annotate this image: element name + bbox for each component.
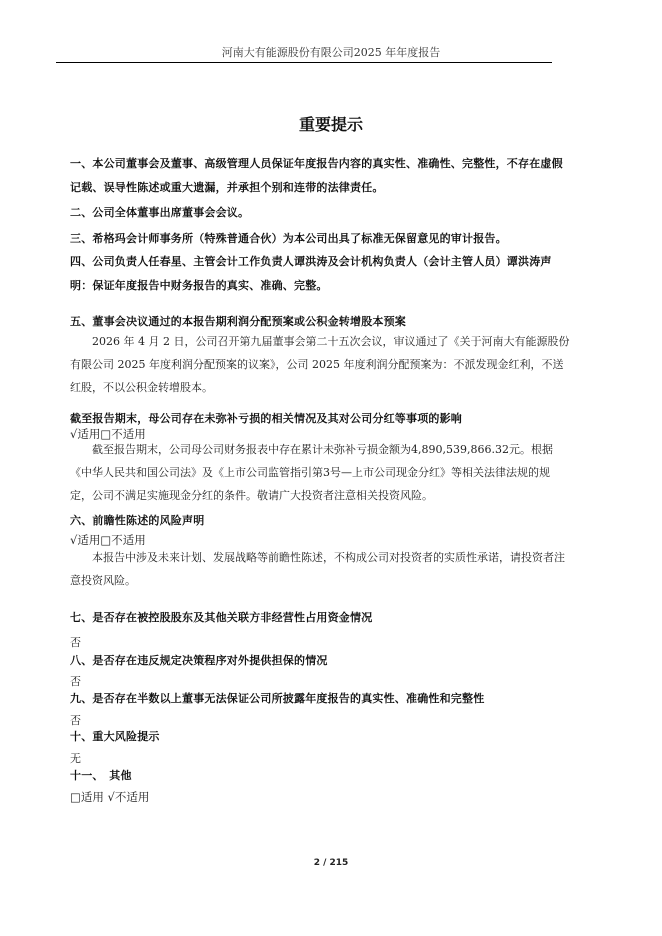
item-2: 二、公司全体董事出席董事会会议。: [70, 204, 570, 220]
item-9-answer: 否: [70, 712, 570, 728]
item-8-answer: 否: [70, 673, 570, 689]
item-3: 三、希格玛会计师事务所（特殊普通合伙）为本公司出具了标准无保留意见的审计报告。: [70, 230, 570, 246]
item-9-heading: 九、是否存在半数以上董事无法保证公司所披露年度报告的真实性、准确性和完整性: [70, 690, 570, 706]
item-11-heading: 十一、 其他: [70, 767, 570, 783]
item-4: 四、公司负责人任春星、主管会计工作负责人谭洪涛及会计机构负责人（会计主管人员）谭…: [70, 250, 570, 298]
item-8-heading: 八、是否存在违反规定决策程序对外提供担保的情况: [70, 652, 570, 668]
loss-heading: 截至报告期末，母公司存在未弥补亏损的相关情况及其对公司分红等事项的影响: [70, 410, 570, 426]
running-header: 河南大有能源股份有限公司2025 年年度报告: [0, 44, 662, 60]
item-6-body: 本报告中涉及未来计划、发展战略等前瞻性陈述，不构成公司对投资者的实质性承诺，请投…: [70, 546, 570, 592]
item-7-heading: 七、是否存在被控股股东及其他关联方非经营性占用资金情况: [70, 609, 570, 625]
item-1: 一、本公司董事会及董事、高级管理人员保证年度报告内容的真实性、准确性、完整性，不…: [70, 152, 570, 200]
header-rule: [56, 62, 552, 63]
page-title: 重要提示: [0, 112, 662, 135]
item-6-heading: 六、前瞻性陈述的风险声明: [70, 512, 570, 528]
item-10-heading: 十、重大风险提示: [70, 728, 570, 744]
item-7-answer: 否: [70, 634, 570, 650]
item-10-answer: 无: [70, 750, 570, 766]
page-number: 2 / 215: [0, 858, 662, 868]
item-5-body: 2026 年 4 月 2 日，公司召开第九届董事会第二十五次会议，审议通过了《关…: [70, 330, 570, 399]
loss-body: 截至报告期末，公司母公司财务报表中存在累计未弥补亏损金额为4,890,539,8…: [70, 438, 570, 507]
item-11-applicability: □适用 √不适用: [70, 789, 570, 805]
item-5-heading: 五、董事会决议通过的本报告期利润分配预案或公积金转增股本预案: [70, 313, 570, 329]
